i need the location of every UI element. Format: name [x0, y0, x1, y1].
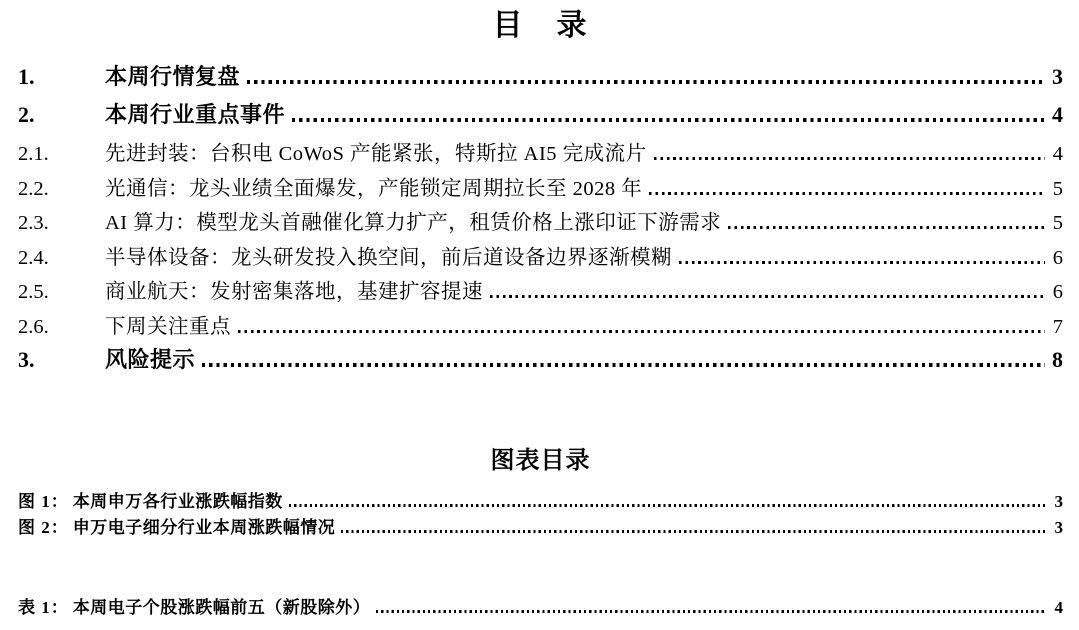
- toc-entry-number: 2.1.: [18, 143, 105, 166]
- toc-entry-label: 本周行情复盘: [105, 60, 240, 91]
- table-entry-page: 4: [1049, 598, 1063, 618]
- toc-entry[interactable]: 2.3. AI 算力：模型龙头首融催化算力扩产，租赁价格上涨印证下游需求 5: [18, 205, 1063, 240]
- toc-entry-page: 4: [1049, 143, 1063, 166]
- table-entry[interactable]: 表 1： 本周电子个股涨跌幅前五（新股除外） 4: [8, 593, 1063, 619]
- figure-entry-number: 图 1：: [18, 487, 69, 512]
- dot-leader: [654, 157, 1045, 160]
- toc-entry[interactable]: 2.4. 半导体设备：龙头研发投入换空间，前后道设备边界逐渐模糊 6: [18, 240, 1063, 275]
- toc-entry-number: 2.3.: [18, 212, 105, 235]
- toc-entry-number: 2.4.: [18, 247, 105, 270]
- dot-leader: [341, 530, 1046, 533]
- toc-entry-label: 光通信：龙头业绩全面爆发，产能锁定周期拉长至 2028 年: [105, 171, 642, 201]
- dot-leader: [247, 80, 1045, 84]
- toc-list: 1. 本周行情复盘 3 2. 本周行业重点事件 4 2.1. 先进封装：台积电 …: [18, 60, 1063, 381]
- toc-entry-page: 5: [1049, 178, 1063, 201]
- dot-leader: [679, 261, 1045, 264]
- toc-entry-page: 3: [1049, 64, 1063, 90]
- figure-entry-page: 3: [1049, 492, 1063, 512]
- toc-entry[interactable]: 3. 风险提示 8: [18, 343, 1063, 381]
- figure-entry-label: 本周申万各行业涨跌幅指数: [73, 487, 283, 512]
- figures-toc-title: 图表目录: [18, 445, 1063, 477]
- toc-entry-label: AI 算力：模型龙头首融催化算力扩产，租赁价格上涨印证下游需求: [105, 205, 721, 235]
- dot-leader: [238, 330, 1045, 333]
- toc-entry[interactable]: 2.6. 下周关注重点 7: [18, 309, 1063, 344]
- dot-leader: [728, 226, 1045, 229]
- toc-entry[interactable]: 2. 本周行业重点事件 4: [18, 98, 1063, 136]
- dot-leader: [289, 504, 1046, 507]
- toc-entry-number: 2.2.: [18, 178, 105, 201]
- toc-entry[interactable]: 1. 本周行情复盘 3: [18, 60, 1063, 98]
- figure-entry-number: 图 2：: [18, 513, 69, 538]
- toc-entry-page: 6: [1049, 247, 1063, 270]
- figure-entry-label: 申万电子细分行业本周涨跌幅情况: [73, 513, 336, 538]
- toc-entry-page: 4: [1049, 102, 1063, 128]
- dot-leader: [292, 118, 1045, 122]
- toc-entry-number: 2.6.: [18, 316, 105, 339]
- dot-leader: [649, 192, 1045, 195]
- toc-entry-label: 下周关注重点: [105, 309, 231, 339]
- toc-entry-page: 5: [1049, 212, 1063, 235]
- toc-entry-label: 风险提示: [105, 343, 195, 374]
- toc-title: 目 录: [18, 8, 1063, 44]
- toc-entry-label: 本周行业重点事件: [105, 98, 285, 129]
- toc-entry[interactable]: 2.1. 先进封装：台积电 CoWoS 产能紧张，特斯拉 AI5 完成流片 4: [18, 136, 1063, 171]
- toc-entry-page: 8: [1049, 347, 1063, 373]
- figure-entry[interactable]: 图 2： 申万电子细分行业本周涨跌幅情况 3: [8, 513, 1063, 539]
- toc-entry-number: 2.: [18, 102, 105, 128]
- toc-entry[interactable]: 2.5. 商业航天：发射密集落地，基建扩容提速 6: [18, 274, 1063, 309]
- toc-entry-page: 7: [1049, 316, 1063, 339]
- figure-entry-page: 3: [1049, 518, 1063, 538]
- toc-entry-number: 2.5.: [18, 281, 105, 304]
- table-entry-number: 表 1：: [18, 593, 69, 618]
- document-page: 目 录 1. 本周行情复盘 3 2. 本周行业重点事件 4 2.1. 先进封装：…: [0, 0, 1079, 630]
- toc-entry-number: 3.: [18, 347, 105, 373]
- toc-entry-label: 商业航天：发射密集落地，基建扩容提速: [105, 274, 483, 304]
- dot-leader: [202, 363, 1045, 367]
- toc-entry-label: 先进封装：台积电 CoWoS 产能紧张，特斯拉 AI5 完成流片: [105, 136, 647, 166]
- dot-leader: [490, 295, 1045, 298]
- toc-entry-number: 1.: [18, 64, 105, 90]
- toc-entry-label: 半导体设备：龙头研发投入换空间，前后道设备边界逐渐模糊: [105, 240, 672, 270]
- toc-entry-page: 6: [1049, 281, 1063, 304]
- figure-entry[interactable]: 图 1： 本周申万各行业涨跌幅指数 3: [8, 487, 1063, 513]
- toc-entry[interactable]: 2.2. 光通信：龙头业绩全面爆发，产能锁定周期拉长至 2028 年 5: [18, 171, 1063, 206]
- table-entry-label: 本周电子个股涨跌幅前五（新股除外）: [73, 593, 371, 618]
- section-spacer: [18, 539, 1063, 593]
- dot-leader: [376, 610, 1046, 613]
- figure-list: 图 1： 本周申万各行业涨跌幅指数 3 图 2： 申万电子细分行业本周涨跌幅情况…: [18, 487, 1063, 619]
